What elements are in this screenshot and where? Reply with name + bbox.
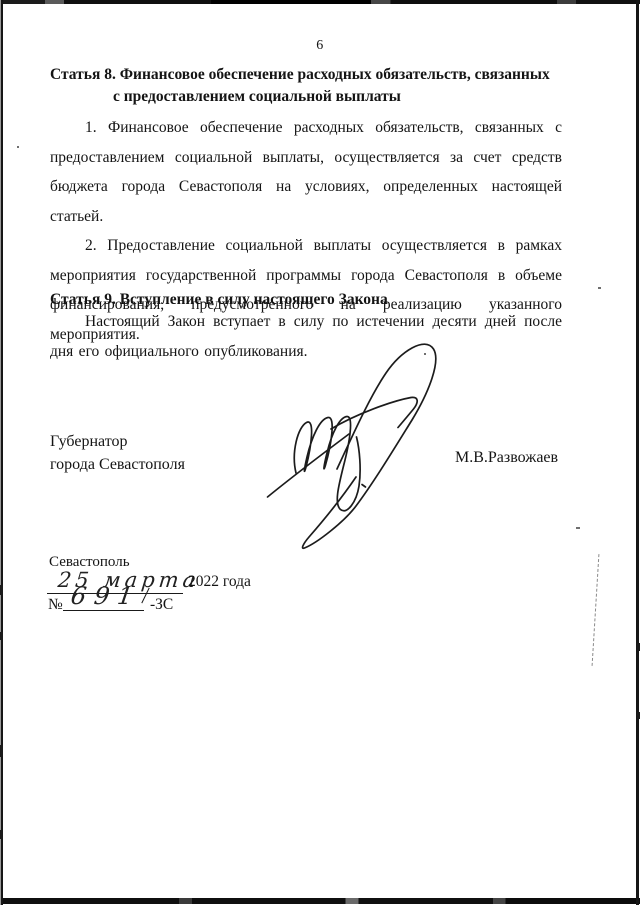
scan-speck (576, 527, 580, 529)
scan-border-top (0, 0, 640, 4)
scan-edge-mark (0, 632, 3, 640)
article-8-heading: Статья 8. Финансовое обеспечение расходн… (50, 64, 570, 108)
handwritten-signature (255, 340, 455, 565)
article-8-paragraph-1: 1. Финансовое обеспечение расходных обяз… (50, 113, 562, 231)
scan-edge-mark (0, 745, 3, 757)
signatory-name: М.В.Развожаев (455, 449, 558, 467)
article-8-heading-line-1: Статья 8. Финансовое обеспечение расходн… (50, 64, 570, 86)
law-number-suffix: -ЗС (150, 596, 173, 614)
signatory-post-line-2: города Севастополя (50, 453, 185, 476)
scan-edge-mark (0, 830, 3, 839)
scan-speck (17, 146, 19, 148)
signature-stroke (331, 397, 417, 429)
scan-border-bottom (0, 898, 640, 904)
scan-border-right (636, 0, 639, 905)
date-number-block: Севастополь 25 марта 2022 года № 691 -ЗС (47, 553, 267, 615)
scan-border-left (1, 0, 3, 905)
signature-stroke (303, 344, 436, 548)
signature-stroke (268, 434, 350, 497)
number-underline: 691 (63, 584, 144, 611)
signatory-post-line-1: Губернатор (50, 430, 185, 453)
scan-artifact-dashed-line (592, 554, 600, 666)
scan-speck (598, 287, 601, 289)
page-number: 6 (0, 38, 640, 54)
date-year-suffix: 2022 года (188, 573, 251, 591)
article-8-heading-line-2: с предоставлением социальной выплаты (50, 86, 570, 108)
number-sign: № (48, 596, 63, 614)
signatory-post: Губернатор города Севастополя (50, 430, 185, 476)
scan-speck (424, 353, 426, 355)
handwritten-law-number: 691 (69, 582, 143, 610)
scan-edge-mark (0, 585, 3, 595)
signature-stroke (294, 416, 360, 510)
document-page: 6 Статья 8. Финансовое обеспечение расхо… (0, 0, 640, 905)
signature-ink-dot (362, 485, 366, 488)
